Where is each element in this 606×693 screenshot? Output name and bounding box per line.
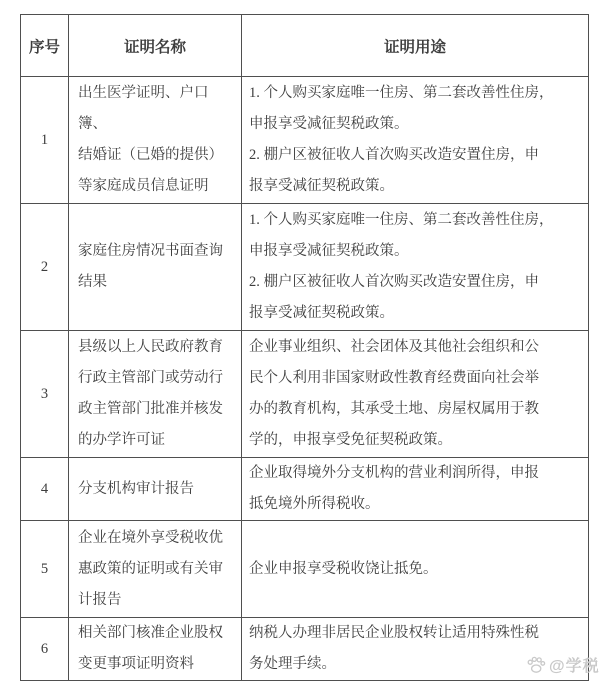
- watermark: @学税: [526, 653, 600, 676]
- row-number-cell: 1: [21, 77, 69, 204]
- table-row: 4分支机构审计报告企业取得境外分支机构的营业利润所得，申报 抵免境外所得税收。: [21, 458, 589, 521]
- purpose-paragraph: 企业取得境外分支机构的营业利润所得，申报 抵免境外所得税收。: [249, 458, 581, 520]
- header-serial-number: 序号: [21, 15, 69, 77]
- purpose-paragraph: 企业事业组织、社会团体及其他社会组织和公 民个人利用非国家财政性教育经费面向社会…: [249, 332, 581, 456]
- purpose-paragraph: 2. 棚户区被征收人首次购买改造安置住房，申 报享受减征契税政策。: [249, 267, 581, 329]
- purpose-paragraph: 2. 棚户区被征收人首次购买改造安置住房，申 报享受减征契税政策。: [249, 140, 581, 202]
- certificate-name-cell: 家庭住房情况书面查询 结果: [69, 204, 242, 331]
- row-number-cell: 3: [21, 331, 69, 458]
- table-row: 6相关部门核准企业股权 变更事项证明资料纳税人办理非居民企业股权转让适用特殊性税…: [21, 618, 589, 681]
- paw-icon: [526, 656, 546, 674]
- row-number-cell: 4: [21, 458, 69, 521]
- certificate-table: 序号 证明名称 证明用途 1出生医学证明、户口簿、 结婚证（已婚的提供） 等家庭…: [20, 14, 589, 681]
- row-number-cell: 2: [21, 204, 69, 331]
- certificate-name-cell: 企业在境外享受税收优 惠政策的证明或有关审 计报告: [69, 521, 242, 618]
- certificate-name-cell: 分支机构审计报告: [69, 458, 242, 521]
- certificate-name-cell: 县级以上人民政府教育 行政主管部门或劳动行 政主管部门批准并核发 的办学许可证: [69, 331, 242, 458]
- row-number-cell: 5: [21, 521, 69, 618]
- certificate-purpose-cell: 企业申报享受税收饶让抵免。: [242, 521, 589, 618]
- certificate-purpose-cell: 1. 个人购买家庭唯一住房、第二套改善性住房， 申报享受减征契税政策。2. 棚户…: [242, 204, 589, 331]
- purpose-paragraph: 1. 个人购买家庭唯一住房、第二套改善性住房， 申报享受减征契税政策。: [249, 205, 581, 267]
- header-certificate-purpose: 证明用途: [242, 15, 589, 77]
- table-row: 3县级以上人民政府教育 行政主管部门或劳动行 政主管部门批准并核发 的办学许可证…: [21, 331, 589, 458]
- certificate-purpose-cell: 1. 个人购买家庭唯一住房、第二套改善性住房， 申报享受减征契税政策。2. 棚户…: [242, 77, 589, 204]
- document-page: 序号 证明名称 证明用途 1出生医学证明、户口簿、 结婚证（已婚的提供） 等家庭…: [0, 0, 606, 693]
- row-number-cell: 6: [21, 618, 69, 681]
- header-row: 序号 证明名称 证明用途: [21, 15, 589, 77]
- table-row: 5企业在境外享受税收优 惠政策的证明或有关审 计报告企业申报享受税收饶让抵免。: [21, 521, 589, 618]
- watermark-text: @学税: [549, 653, 600, 676]
- header-certificate-name: 证明名称: [69, 15, 242, 77]
- table-body: 1出生医学证明、户口簿、 结婚证（已婚的提供） 等家庭成员信息证明1. 个人购买…: [21, 77, 589, 681]
- certificate-name-cell: 出生医学证明、户口簿、 结婚证（已婚的提供） 等家庭成员信息证明: [69, 77, 242, 204]
- purpose-paragraph: 企业申报享受税收饶让抵免。: [249, 554, 581, 585]
- purpose-paragraph: 1. 个人购买家庭唯一住房、第二套改善性住房， 申报享受减征契税政策。: [249, 78, 581, 140]
- certificate-purpose-cell: 企业事业组织、社会团体及其他社会组织和公 民个人利用非国家财政性教育经费面向社会…: [242, 331, 589, 458]
- table-row: 1出生医学证明、户口簿、 结婚证（已婚的提供） 等家庭成员信息证明1. 个人购买…: [21, 77, 589, 204]
- certificate-purpose-cell: 企业取得境外分支机构的营业利润所得，申报 抵免境外所得税收。: [242, 458, 589, 521]
- table-row: 2家庭住房情况书面查询 结果1. 个人购买家庭唯一住房、第二套改善性住房， 申报…: [21, 204, 589, 331]
- certificate-name-cell: 相关部门核准企业股权 变更事项证明资料: [69, 618, 242, 681]
